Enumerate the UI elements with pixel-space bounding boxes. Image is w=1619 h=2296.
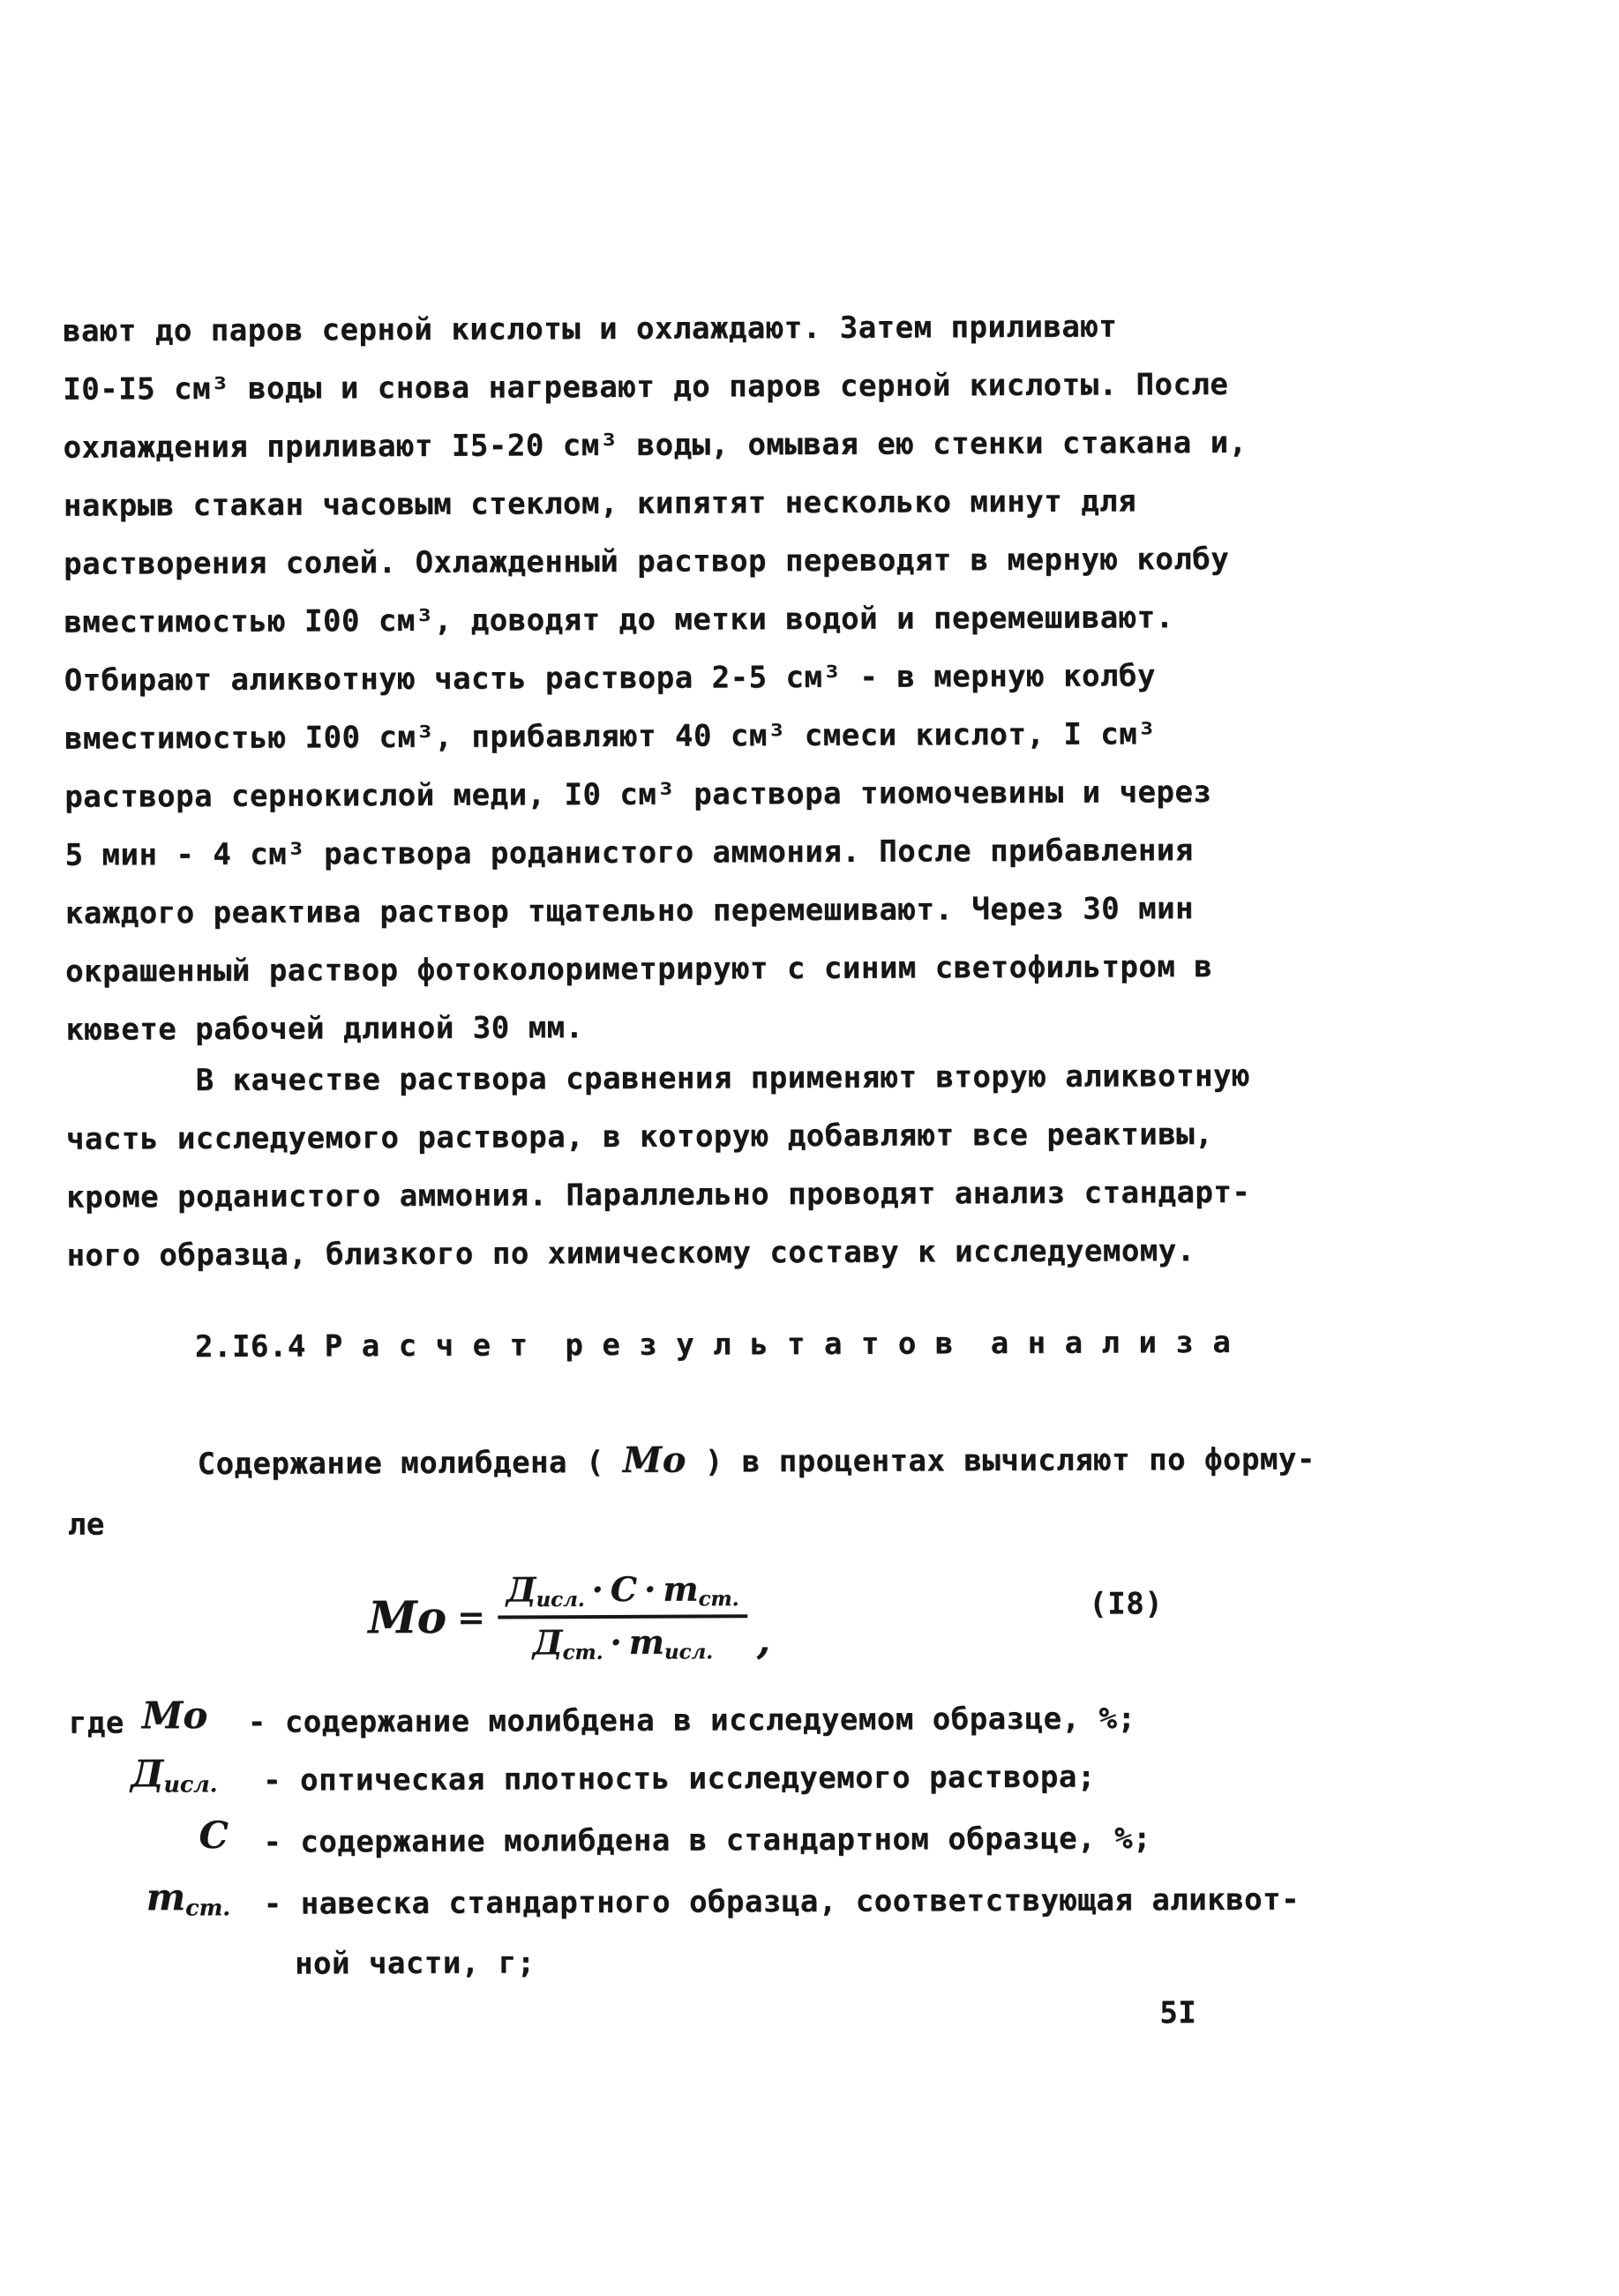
variable-description: - содержание молибдена в стандартном обр…	[263, 1819, 1151, 1861]
formula-fraction: Дисл.·С·mст. Дст.·mисл.	[498, 1568, 748, 1664]
body-line: 5 мин - 4 см³ раствора роданистого аммон…	[64, 831, 1193, 875]
body-line: часть исследуемого раствора, в которую д…	[66, 1115, 1213, 1159]
formula-numerator: Дисл.·С·mст.	[498, 1568, 748, 1619]
body-line: раствора сернокислой меди, I0 см³ раство…	[64, 773, 1211, 817]
variable-description: - навеска стандартного образца, соответс…	[264, 1881, 1300, 1924]
body-line: охлаждения приливают I5-20 см³ воды, омы…	[63, 423, 1247, 467]
intro-text-pre: Содержание молибдена (	[197, 1443, 622, 1484]
variable-description: - оптическая плотность исследуемого раст…	[263, 1758, 1096, 1800]
body-line: вместимостью I00 см³, доводят до метки в…	[64, 598, 1173, 641]
variable-symbol-m-st: mст.	[146, 1878, 230, 1927]
body-line: накрыв стакан часовым стеклом, кипятят н…	[64, 482, 1136, 525]
intro-line: Содержание молибдена ( Мо ) в процентах …	[197, 1439, 1315, 1485]
body-line: В качестве раствора сравнения применяют …	[196, 1057, 1250, 1100]
variable-symbol-mo: Мо	[142, 1696, 208, 1746]
variable-description-continuation: ной части, г;	[295, 1943, 536, 1983]
formula-18: Мо = Дисл.·С·mст. Дст.·mисл. ,	[368, 1568, 770, 1664]
body-line: вместимостью I00 см³, прибавляют 40 см³ …	[64, 714, 1156, 758]
definitions-intro-word: где	[69, 1703, 124, 1742]
formula-denominator: Дст.·mисл.	[533, 1618, 714, 1664]
variable-symbol-d-isl: Дисл.	[131, 1754, 217, 1804]
body-line: ного образца, близкого по химическому со…	[66, 1231, 1195, 1275]
equals-sign: =	[457, 1597, 485, 1637]
page-content: вают до паров серной кислоты и охлаждают…	[0, 0, 1619, 2296]
page-number: 5I	[1159, 1993, 1196, 2032]
variable-symbol-c: С	[199, 1816, 229, 1865]
formula-lhs: Мо	[368, 1591, 446, 1643]
body-line: Отбирают аликвотную часть раствора 2-5 с…	[64, 656, 1156, 699]
body-line: каждого реактива раствор тщательно перем…	[65, 889, 1194, 933]
molybdenum-symbol: Мо	[623, 1441, 686, 1480]
body-line: I0-I5 см³ воды и снова нагревают до паро…	[63, 365, 1228, 409]
intro-continuation: ле	[68, 1505, 105, 1544]
body-line: вают до паров серной кислоты и охлаждают…	[63, 307, 1117, 350]
body-line: растворения солей. Охлажденный раствор п…	[64, 540, 1229, 584]
variable-description: - содержание молибдена в исследуемом обр…	[248, 1699, 1136, 1741]
body-line: окрашенный раствор фотоколориметрируют с…	[65, 947, 1212, 991]
body-line: кювете рабочей длиной 30 мм.	[65, 1008, 583, 1050]
formula-number: (I8)	[1089, 1584, 1163, 1623]
intro-text-post: ) в процентах вычисляют по форму-	[686, 1440, 1315, 1482]
section-heading: 2.I6.4 Р а с ч е т р е з у л ь т а т о в…	[195, 1323, 1231, 1366]
formula-comma: ,	[757, 1619, 771, 1664]
scanned-document-page: вают до паров серной кислоты и охлаждают…	[0, 0, 1619, 2296]
body-line: кроме роданистого аммония. Параллельно п…	[66, 1173, 1250, 1217]
